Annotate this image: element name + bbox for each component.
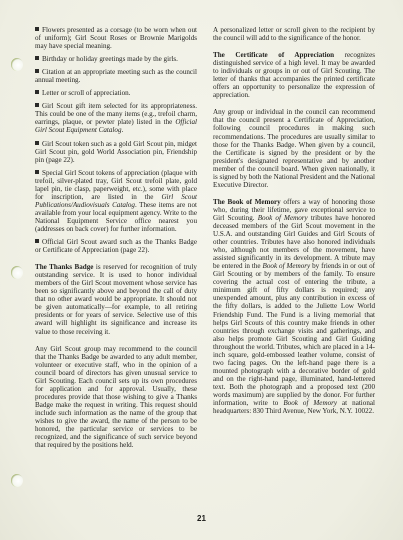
bullet-item: Special Girl Scout tokens of appreciatio… bbox=[35, 169, 197, 233]
paragraph-text: by friends in or out of Girl Scouting or… bbox=[213, 262, 375, 407]
bullet-text: Girl Scout gift item selected for its ap… bbox=[35, 102, 197, 126]
book-of-memory-paragraph: The Book of Memory offers a way of honor… bbox=[213, 198, 375, 415]
binder-hole bbox=[11, 266, 23, 279]
recommend-paragraph: Any Girl Scout group may recommend to th… bbox=[35, 345, 197, 450]
book-title: Book of Memory bbox=[283, 399, 337, 407]
bullet-item: Birthday or holiday greetings made by th… bbox=[35, 55, 197, 63]
bullet-item: Letter or scroll of appreciation. bbox=[35, 89, 197, 97]
document-page: Flowers presented as a corsage (to be wo… bbox=[0, 0, 403, 540]
bullet-item: Official Girl Scout award such as the Th… bbox=[35, 238, 197, 254]
binder-hole bbox=[11, 474, 23, 487]
bullet-item: Girl Scout token such as a gold Girl Sco… bbox=[35, 140, 197, 164]
bullet-item: Girl Scout gift item selected for its ap… bbox=[35, 102, 197, 134]
bullet-item: Citation at an appropriate meeting such … bbox=[35, 68, 197, 84]
certificate-paragraph: The Certificate of Appreciation recogniz… bbox=[213, 51, 375, 99]
left-column: Flowers presented as a corsage (to be wo… bbox=[35, 26, 197, 454]
thanks-badge-paragraph: The Thanks Badge is reserved for recogni… bbox=[35, 263, 197, 335]
book-title: Book of Memory bbox=[263, 262, 311, 270]
binder-hole bbox=[11, 58, 23, 71]
page-number: 21 bbox=[197, 514, 206, 523]
section-heading: The Thanks Badge bbox=[35, 263, 93, 271]
book-title: Book of Memory bbox=[258, 214, 308, 222]
paragraph-text: recognizes distinguished service of a hi… bbox=[213, 51, 375, 99]
personalized-letter-paragraph: A personalized letter or scroll given to… bbox=[213, 26, 375, 42]
bullet-text: . bbox=[122, 126, 124, 134]
right-column: A personalized letter or scroll given to… bbox=[213, 26, 375, 420]
section-heading: The Book of Memory bbox=[213, 198, 281, 206]
paragraph-text: is reserved for recognition of truly out… bbox=[35, 263, 197, 335]
section-heading: The Certificate of Appreciation bbox=[213, 51, 334, 59]
bullet-item: Flowers presented as a corsage (to be wo… bbox=[35, 26, 197, 50]
certificate-procedure-paragraph: Any group or individual in the council c… bbox=[213, 108, 375, 188]
